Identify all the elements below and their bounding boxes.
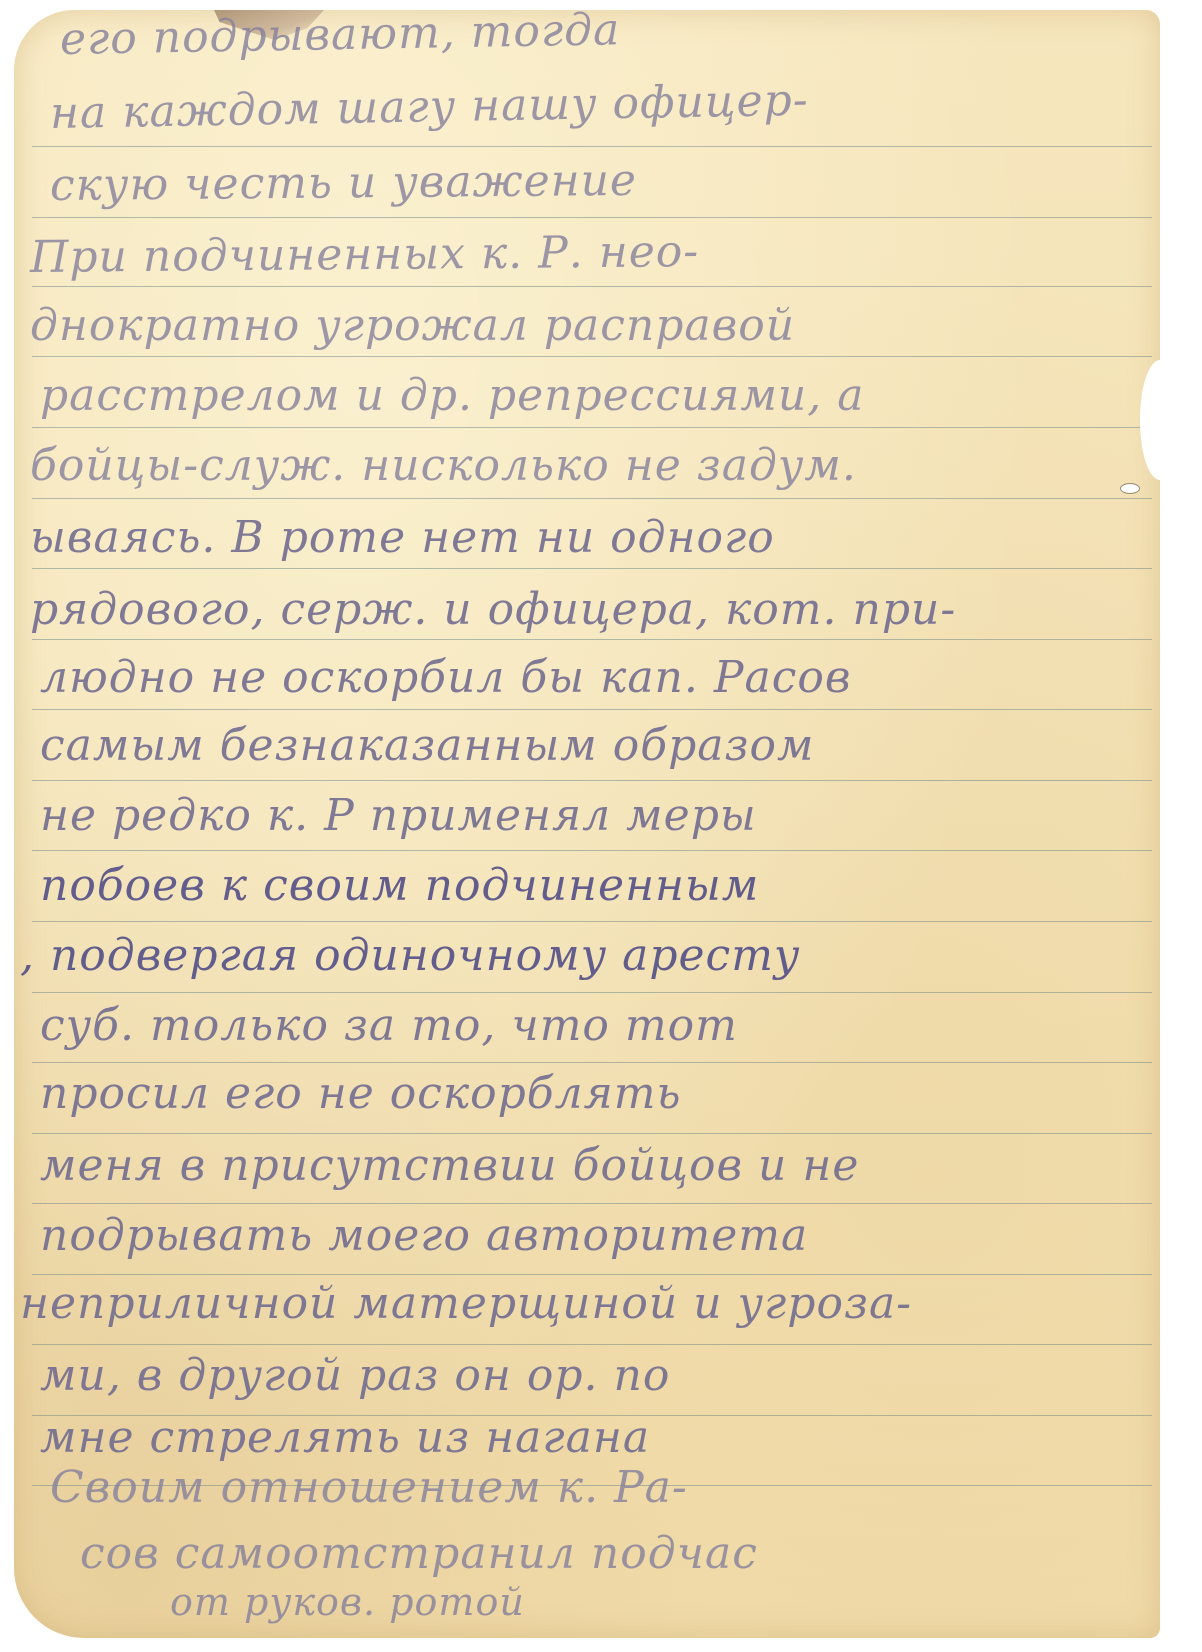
text-line: ываясь. В роте нет ни одного: [30, 512, 775, 563]
text-line: суб. только за то, что тот: [40, 1000, 738, 1051]
text-line: , подвергая одиночному аресту: [20, 930, 800, 981]
text-line: не редко к. Р применял меры: [40, 790, 757, 841]
ruled-line: [32, 356, 1152, 357]
text-line: от руков. ротой: [170, 1580, 525, 1624]
text-line: рядового, серж. и офицера, кот. при-: [30, 584, 956, 635]
ruled-line: [32, 217, 1152, 218]
ruled-line: [32, 780, 1152, 781]
text-line: побоев к своим подчиненным: [40, 860, 759, 911]
text-line: ми, в другой раз он ор. по: [40, 1350, 670, 1401]
text-line: просил его не оскорблять: [40, 1068, 681, 1119]
ruled-line: [32, 1344, 1152, 1345]
ruled-line: [32, 427, 1152, 428]
torn-edge-notch: [1140, 360, 1180, 480]
text-line: его подрывают, тогда: [60, 4, 621, 65]
text-line: днократно угрожал расправой: [30, 300, 795, 351]
text-line: Своим отношением к. Ра-: [50, 1462, 688, 1513]
text-line: сов самоотстранил подчас: [80, 1528, 758, 1579]
ruled-line: [32, 1274, 1152, 1275]
ruled-line: [32, 1203, 1152, 1204]
text-line: бойцы-служ. нисколько не задум.: [30, 440, 857, 491]
text-line: неприличной матерщиной и угроза-: [20, 1278, 912, 1329]
ruled-line: [32, 850, 1152, 851]
text-line: подрывать моего авторитета: [40, 1210, 808, 1261]
text-line: самым безнаказанным образом: [40, 720, 814, 771]
text-line: меня в присутствии бойцов и не: [40, 1140, 859, 1191]
ruled-line: [32, 992, 1152, 993]
ruled-line: [32, 639, 1152, 640]
ruled-line: [32, 709, 1152, 710]
text-line: При подчиненных к. Р. нео-: [30, 226, 700, 283]
text-line: скую честь и уважение: [50, 155, 637, 211]
ruled-line: [32, 286, 1152, 287]
ruled-line: [32, 921, 1152, 922]
ruled-line: [32, 146, 1152, 147]
ruled-line: [32, 1133, 1152, 1134]
text-line: мне стрелять из нагана: [40, 1412, 650, 1463]
ruled-line: [32, 498, 1152, 499]
ruled-line: [32, 568, 1152, 569]
ruled-line: [32, 1062, 1152, 1063]
text-line: расстрелом и др. репрессиями, а: [40, 370, 864, 421]
text-line: людно не оскорбил бы кап. Расов: [40, 652, 851, 703]
paper-hole: [1120, 483, 1140, 494]
